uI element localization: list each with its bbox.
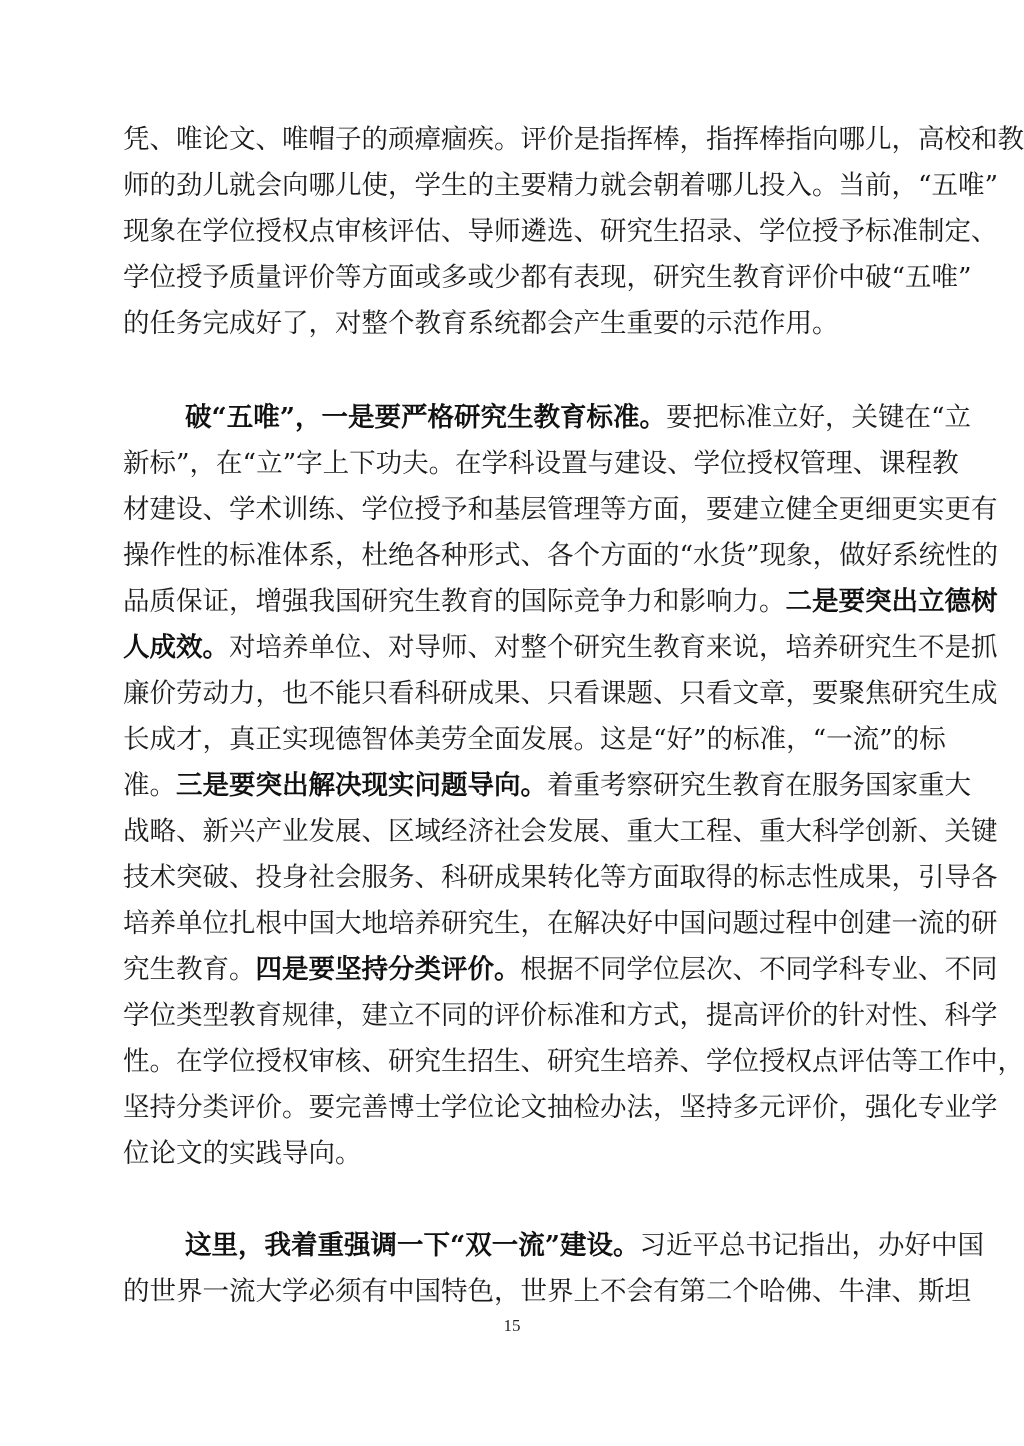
bold-heading-phrase: 二是要突出立德树: [786, 586, 998, 617]
text-line: 人成效。对培养单位、对导师、对整个研究生教育来说，培养研究生不是抓: [123, 625, 901, 671]
text-line: 新标”，在“立”字上下功夫。在学科设置与建设、学位授权管理、课程教: [123, 441, 901, 487]
text-run: 着重考察研究生教育在服务国家重大: [547, 770, 971, 801]
text-run: 位论文的实践导向。: [123, 1138, 362, 1169]
bold-heading-phrase: 人成效。: [123, 632, 229, 663]
bold-heading-phrase: 三是要突出解决现实问题导向。: [176, 770, 547, 801]
text-run: 长成才，真正实现德智体美劳全面发展。这是“好”的标准，“一流”的标: [123, 724, 946, 755]
bold-heading-phrase: 这里，我着重强调一下“双一流”建设。: [185, 1230, 640, 1261]
text-line: 培养单位扎根中国大地培养研究生，在解决好中国问题过程中创建一流的研: [123, 901, 901, 947]
text-run: 技术突破、投身社会服务、科研成果转化等方面取得的标志性成果，引导各: [123, 862, 998, 893]
text-line: 学位授予质量评价等方面或多或少都有表现，研究生教育评价中破“五唯”: [123, 255, 901, 301]
text-run: 根据不同学位层次、不同学科专业、不同: [521, 954, 998, 985]
text-line: 师的劲儿就会向哪儿使，学生的主要精力就会朝着哪儿投入。当前，“五唯”: [123, 163, 901, 209]
text-line: 凭、唯论文、唯帽子的顽瘴痼疾。评价是指挥棒，指挥棒指向哪儿，高校和教: [123, 117, 901, 163]
text-line: 材建设、学术训练、学位授予和基层管理等方面，要建立健全更细更实更有: [123, 487, 901, 533]
text-run: 学位授予质量评价等方面或多或少都有表现，研究生教育评价中破“五唯”: [123, 262, 972, 293]
text-line: 位论文的实践导向。: [123, 1131, 901, 1177]
text-line: 学位类型教育规律，建立不同的评价标准和方式，提高评价的针对性、科学: [123, 993, 901, 1039]
text-run: 品质保证，增强我国研究生教育的国际竞争力和影响力。: [123, 586, 786, 617]
text-line: 品质保证，增强我国研究生教育的国际竞争力和影响力。二是要突出立德树: [123, 579, 901, 625]
bold-heading-phrase: 破“五唯”，一是要严格研究生教育标准。: [185, 402, 666, 433]
document-page: 凭、唯论文、唯帽子的顽瘴痼疾。评价是指挥棒，指挥棒指向哪儿，高校和教师的劲儿就会…: [0, 0, 1024, 1446]
text-line: 技术突破、投身社会服务、科研成果转化等方面取得的标志性成果，引导各: [123, 855, 901, 901]
text-run: 凭、唯论文、唯帽子的顽瘴痼疾。评价是指挥棒，指挥棒指向哪儿，高校和教: [123, 124, 1024, 155]
page-number: 15: [0, 1316, 1024, 1336]
text-line: 现象在学位授权点审核评估、导师遴选、研究生招录、学位授予标准制定、: [123, 209, 901, 255]
text-line: 的任务完成好了，对整个教育系统都会产生重要的示范作用。: [123, 301, 901, 347]
text-line: 廉价劳动力，也不能只看科研成果、只看课题、只看文章，要聚焦研究生成: [123, 671, 901, 717]
bold-heading-phrase: 四是要坚持分类评价。: [256, 954, 521, 985]
text-line: 破“五唯”，一是要严格研究生教育标准。要把标准立好，关键在“立: [123, 395, 901, 441]
text-run: 材建设、学术训练、学位授予和基层管理等方面，要建立健全更细更实更有: [123, 494, 998, 525]
text-run: 操作性的标准体系，杜绝各种形式、各个方面的“水货”现象，做好系统性的: [123, 540, 998, 571]
text-line: 这里，我着重强调一下“双一流”建设。习近平总书记指出，办好中国: [123, 1223, 901, 1269]
text-run: 的世界一流大学必须有中国特色，世界上不会有第二个哈佛、牛津、斯坦: [123, 1276, 971, 1307]
text-run: 习近平总书记指出，办好中国: [640, 1230, 985, 1261]
text-run: 培养单位扎根中国大地培养研究生，在解决好中国问题过程中创建一流的研: [123, 908, 998, 939]
text-run: 学位类型教育规律，建立不同的评价标准和方式，提高评价的针对性、科学: [123, 1000, 998, 1031]
text-line: 究生教育。四是要坚持分类评价。根据不同学位层次、不同学科专业、不同: [123, 947, 901, 993]
text-line: 操作性的标准体系，杜绝各种形式、各个方面的“水货”现象，做好系统性的: [123, 533, 901, 579]
text-run: 究生教育。: [123, 954, 256, 985]
text-run: 要把标准立好，关键在“立: [666, 402, 971, 433]
text-run: 新标”，在“立”字上下功夫。在学科设置与建设、学位授权管理、课程教: [123, 448, 959, 479]
text-line: 坚持分类评价。要完善博士学位论文抽检办法，坚持多元评价，强化专业学: [123, 1085, 901, 1131]
text-line: 的世界一流大学必须有中国特色，世界上不会有第二个哈佛、牛津、斯坦: [123, 1269, 901, 1315]
text-run: 廉价劳动力，也不能只看科研成果、只看课题、只看文章，要聚焦研究生成: [123, 678, 998, 709]
text-run: 对培养单位、对导师、对整个研究生教育来说，培养研究生不是抓: [229, 632, 998, 663]
text-line: 准。三是要突出解决现实问题导向。着重考察研究生教育在服务国家重大: [123, 763, 901, 809]
text-run: 坚持分类评价。要完善博士学位论文抽检办法，坚持多元评价，强化专业学: [123, 1092, 998, 1123]
text-line: 战略、新兴产业发展、区域经济社会发展、重大工程、重大科学创新、关键: [123, 809, 901, 855]
text-run: 现象在学位授权点审核评估、导师遴选、研究生招录、学位授予标准制定、: [123, 216, 998, 247]
text-run: 准。: [123, 770, 176, 801]
text-run: 战略、新兴产业发展、区域经济社会发展、重大工程、重大科学创新、关键: [123, 816, 998, 847]
text-run: 的任务完成好了，对整个教育系统都会产生重要的示范作用。: [123, 308, 839, 339]
text-line: 长成才，真正实现德智体美劳全面发展。这是“好”的标准，“一流”的标: [123, 717, 901, 763]
text-run: 师的劲儿就会向哪儿使，学生的主要精力就会朝着哪儿投入。当前，“五唯”: [123, 170, 998, 201]
text-line: 性。在学位授权审核、研究生招生、研究生培养、学位授权点评估等工作中，: [123, 1039, 901, 1085]
text-run: 性。在学位授权审核、研究生招生、研究生培养、学位授权点评估等工作中，: [123, 1046, 1024, 1077]
